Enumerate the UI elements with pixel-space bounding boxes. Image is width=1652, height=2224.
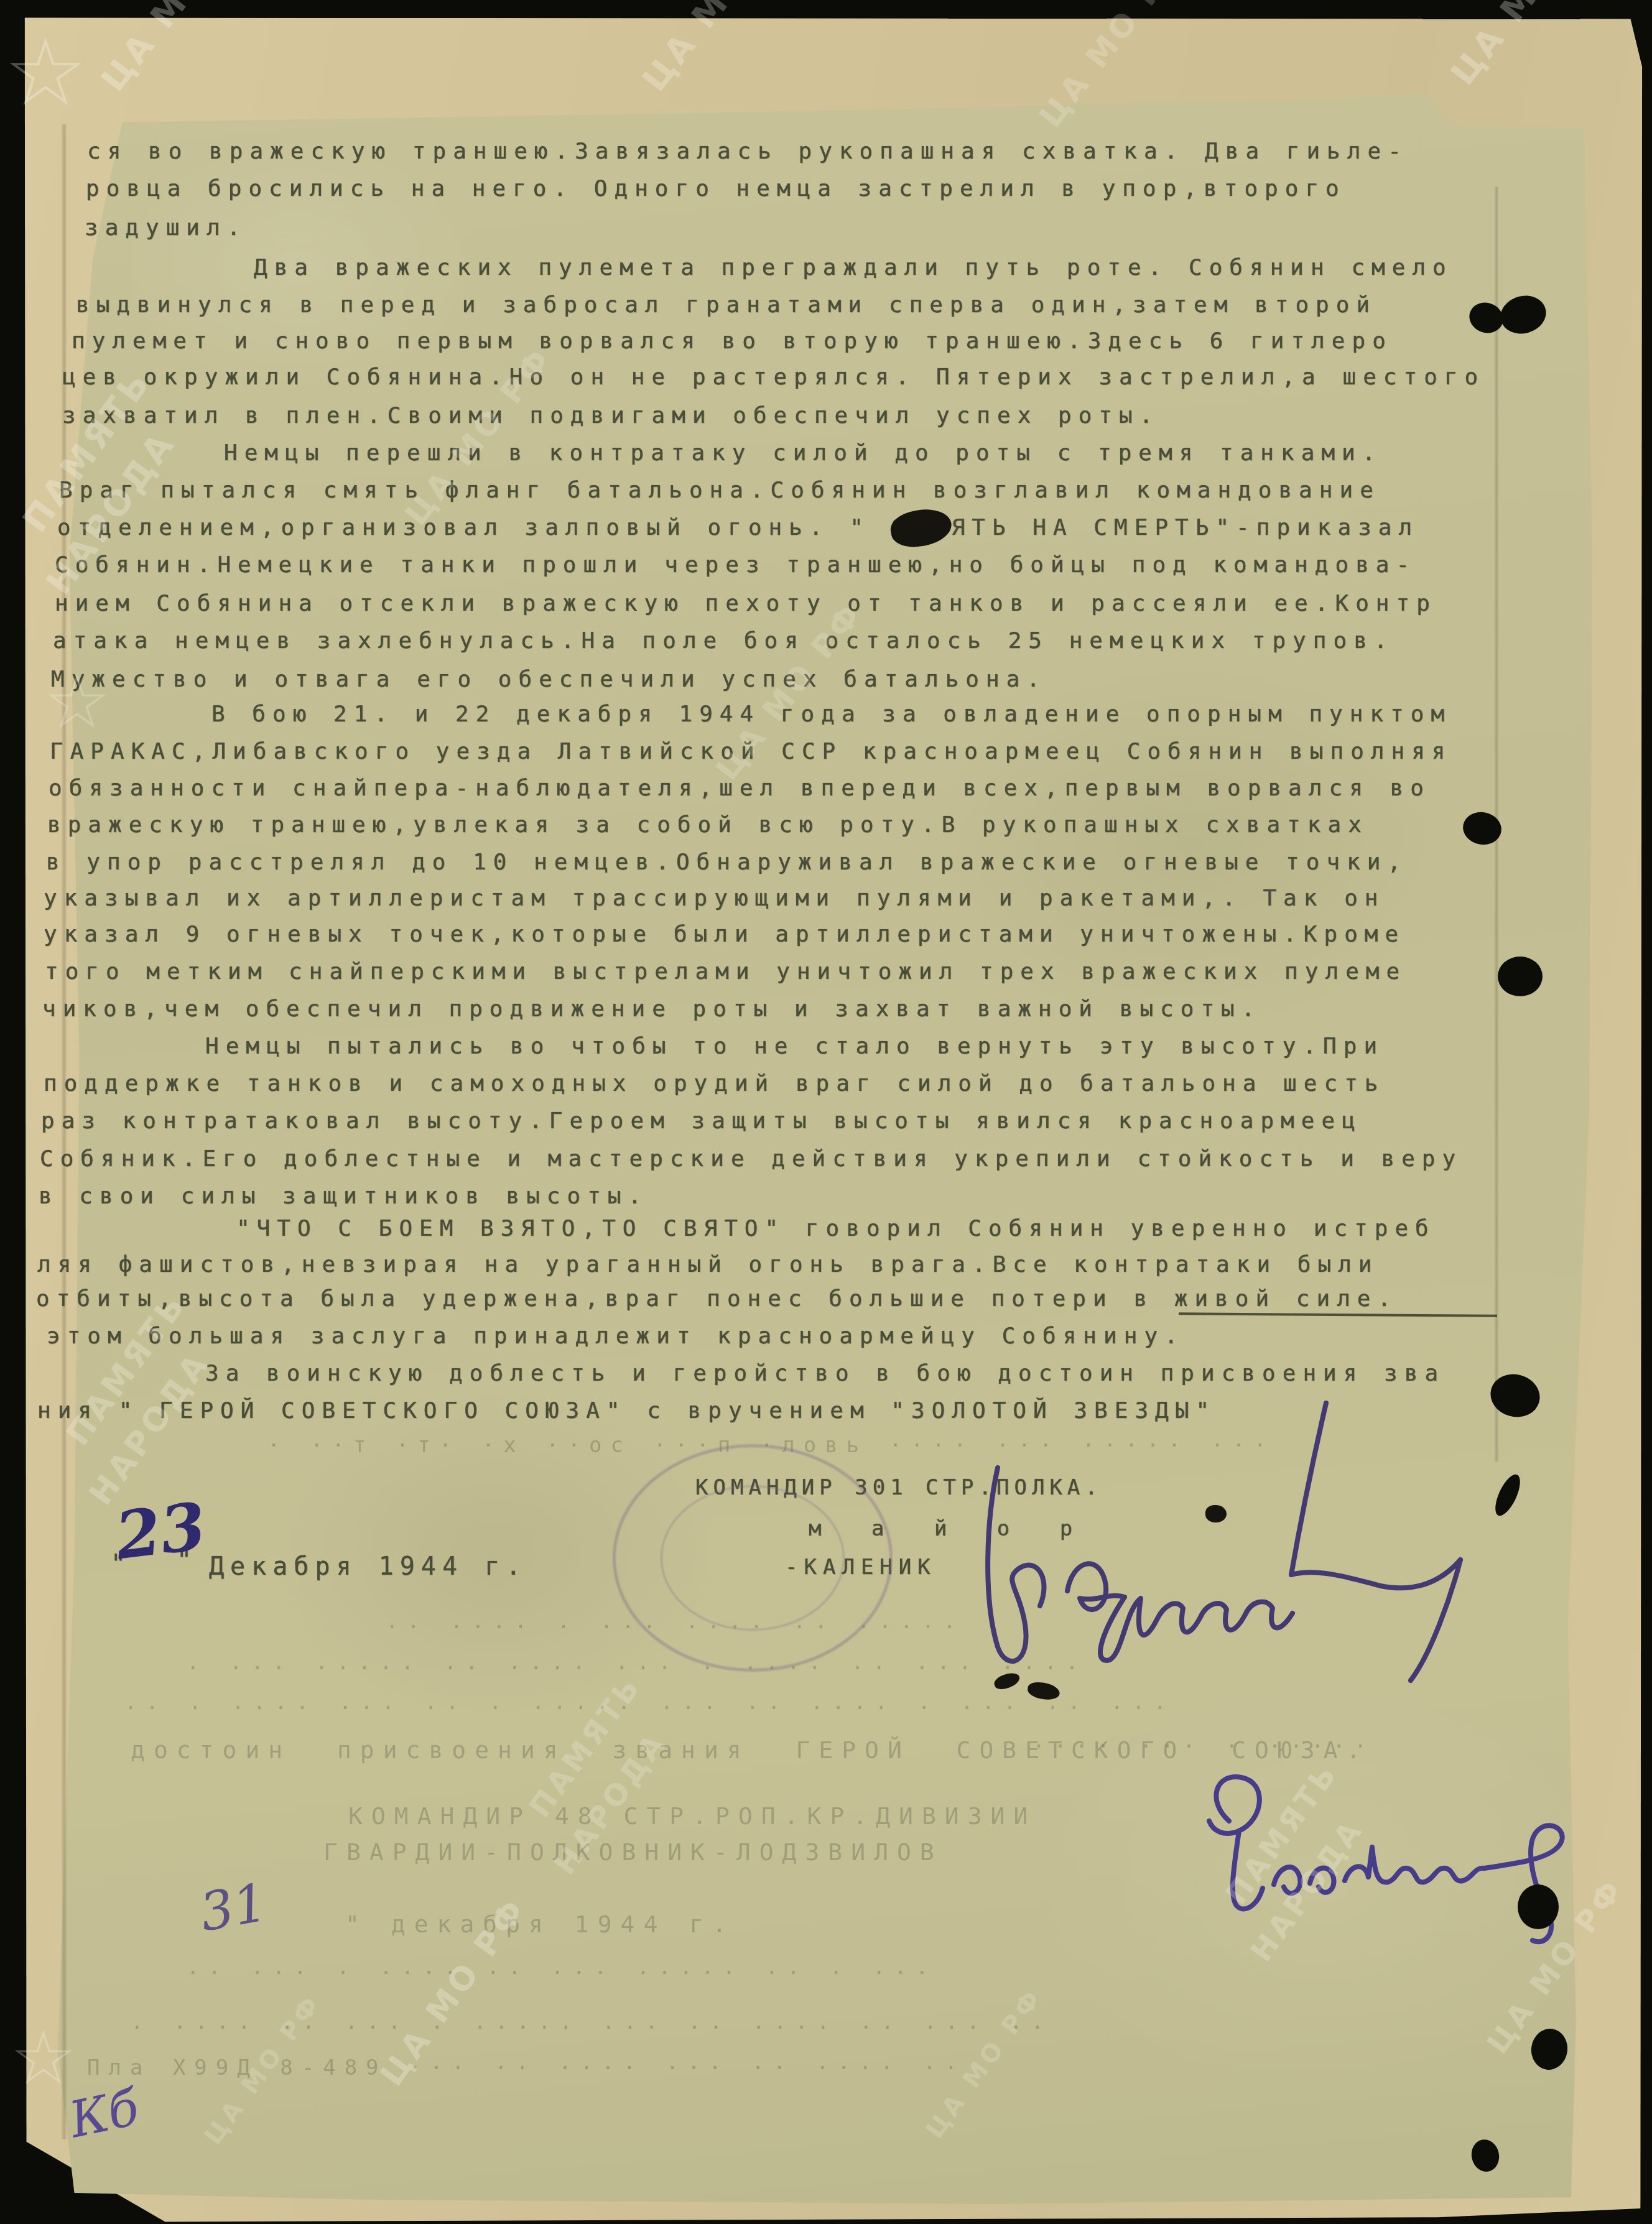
- ghost-line: КОМАНДИР 48 СТР.РОП.КР.ДИВИЗИИ: [348, 1802, 1036, 1830]
- typed-line: этом большая заслуга принадлежит красноа…: [47, 1323, 1185, 1349]
- typed-line: пулемет и сново первым ворвался во втору…: [72, 328, 1393, 354]
- ghost-line: Пла Х99Д 8-489 ··· ·· ···· ··· ·· ···· ·…: [87, 2055, 966, 2080]
- typed-line: отбиты,высота была удержена,враг понес б…: [36, 1286, 1398, 1312]
- typed-line: ровца бросились на него. Одного немца за…: [86, 176, 1346, 202]
- star-watermark-icon: ☆: [4, 19, 91, 127]
- typed-line: Два вражеских пулемета преграждали путь …: [254, 255, 1453, 280]
- typed-line: За воинскую доблесть и геройство в бою д…: [205, 1361, 1445, 1386]
- typed-line: атака немцев захлебнулась.На поле боя ос…: [53, 628, 1394, 654]
- star-watermark-icon: ☆: [44, 659, 114, 746]
- typed-line: указал 9 огневых точек,которые были арти…: [44, 922, 1405, 947]
- typed-line: задушил.: [85, 215, 247, 241]
- typed-line: цев окружили Собянина.Но он не растерялс…: [62, 364, 1485, 390]
- handwritten-day-23: 23: [111, 1488, 210, 1575]
- typed-line: раз контратаковал высоту.Героем защиты в…: [41, 1108, 1362, 1134]
- punch-hole: [1518, 1884, 1559, 1929]
- typed-line: выдвинулся в перед и забросал гранатами …: [76, 292, 1376, 318]
- typed-line: в упор расстрелял до 10 немцев.Обнаружив…: [46, 850, 1408, 875]
- ghost-line: " декабря 1944 г.: [345, 1911, 735, 1938]
- ghost-line: ·· · ···· ··· ·· · ····· ··· ·· ···· · ·…: [124, 1695, 1175, 1720]
- typed-line: того метким снайперскими выстрелами унич…: [45, 959, 1406, 985]
- typed-line: Собянин.Немецкие танки прошли через тран…: [55, 552, 1416, 578]
- signature-division-commander: [1169, 1766, 1592, 1971]
- typed-line: поддержке танков и самоходных орудий вра…: [44, 1071, 1385, 1096]
- round-ink-stamp-inner-ring: [661, 1485, 845, 1631]
- signature-regiment-commander: [945, 1393, 1493, 1685]
- typed-line: захватил в плен.Своими подвигами обеспеч…: [62, 403, 1159, 429]
- ghost-line: ГВАРДИИ-ПОЛКОВНИК-ЛОДЗВИЛОВ: [323, 1838, 943, 1866]
- typed-line: В бою 21. и 22 декабря 1944 года за овла…: [211, 702, 1451, 727]
- typed-line: отделением,организовал залповый огонь. "…: [57, 515, 1419, 540]
- handwritten-day-31: 31: [195, 1871, 271, 1943]
- typed-line: Собяник.Его доблестные и мастерские дейс…: [40, 1146, 1462, 1172]
- typed-line: Мужество и отвага его обеспечили успех б…: [51, 667, 1047, 692]
- typed-line: нием Собянина отсекли вражескую пехоту о…: [55, 591, 1437, 616]
- typed-date-line: Декабря 1944 г.: [209, 1552, 527, 1581]
- typed-line: ся во вражескую траншею.Завязалась рукоп…: [87, 139, 1408, 164]
- typed-line: ляя фашистов,невзирая на ураганный огонь…: [37, 1252, 1378, 1277]
- typed-line: в свои силы защитников высоты.: [39, 1184, 648, 1209]
- typed-line: чиков,чем обеспечил продвижение роты и з…: [42, 996, 1261, 1022]
- typed-line: вражескую траншею,увлекая за собой всю р…: [47, 812, 1368, 838]
- punch-hole: [1498, 957, 1543, 996]
- round-ink-stamp: [613, 1444, 893, 1672]
- document-scan: ся во вражескую траншею.Завязалась рукоп…: [0, 0, 1652, 2224]
- typed-line: указывал их артиллеристам трассирующими …: [44, 886, 1385, 911]
- typed-line: Немцы пытались во чтобы то не стало верн…: [205, 1034, 1384, 1059]
- typed-line: Немцы перешли в контратаку силой до роты…: [224, 440, 1382, 466]
- star-watermark-icon: ☆: [10, 2015, 81, 2101]
- typed-line: Враг пытался смять фланг батальона.Собян…: [59, 478, 1380, 503]
- typed-line: "ЧТО С БОЕМ ВЗЯТО,ТО СВЯТО" говорил Собя…: [236, 1216, 1436, 1241]
- ink-blot: [1205, 1505, 1227, 1522]
- ghost-line: достоин присвоения звания ГЕРОЙ СОВЕТСКО…: [131, 1736, 1369, 1764]
- ghost-line: ·· ··· · ···· ·· ··· ····· ·· · ···: [187, 1960, 937, 1985]
